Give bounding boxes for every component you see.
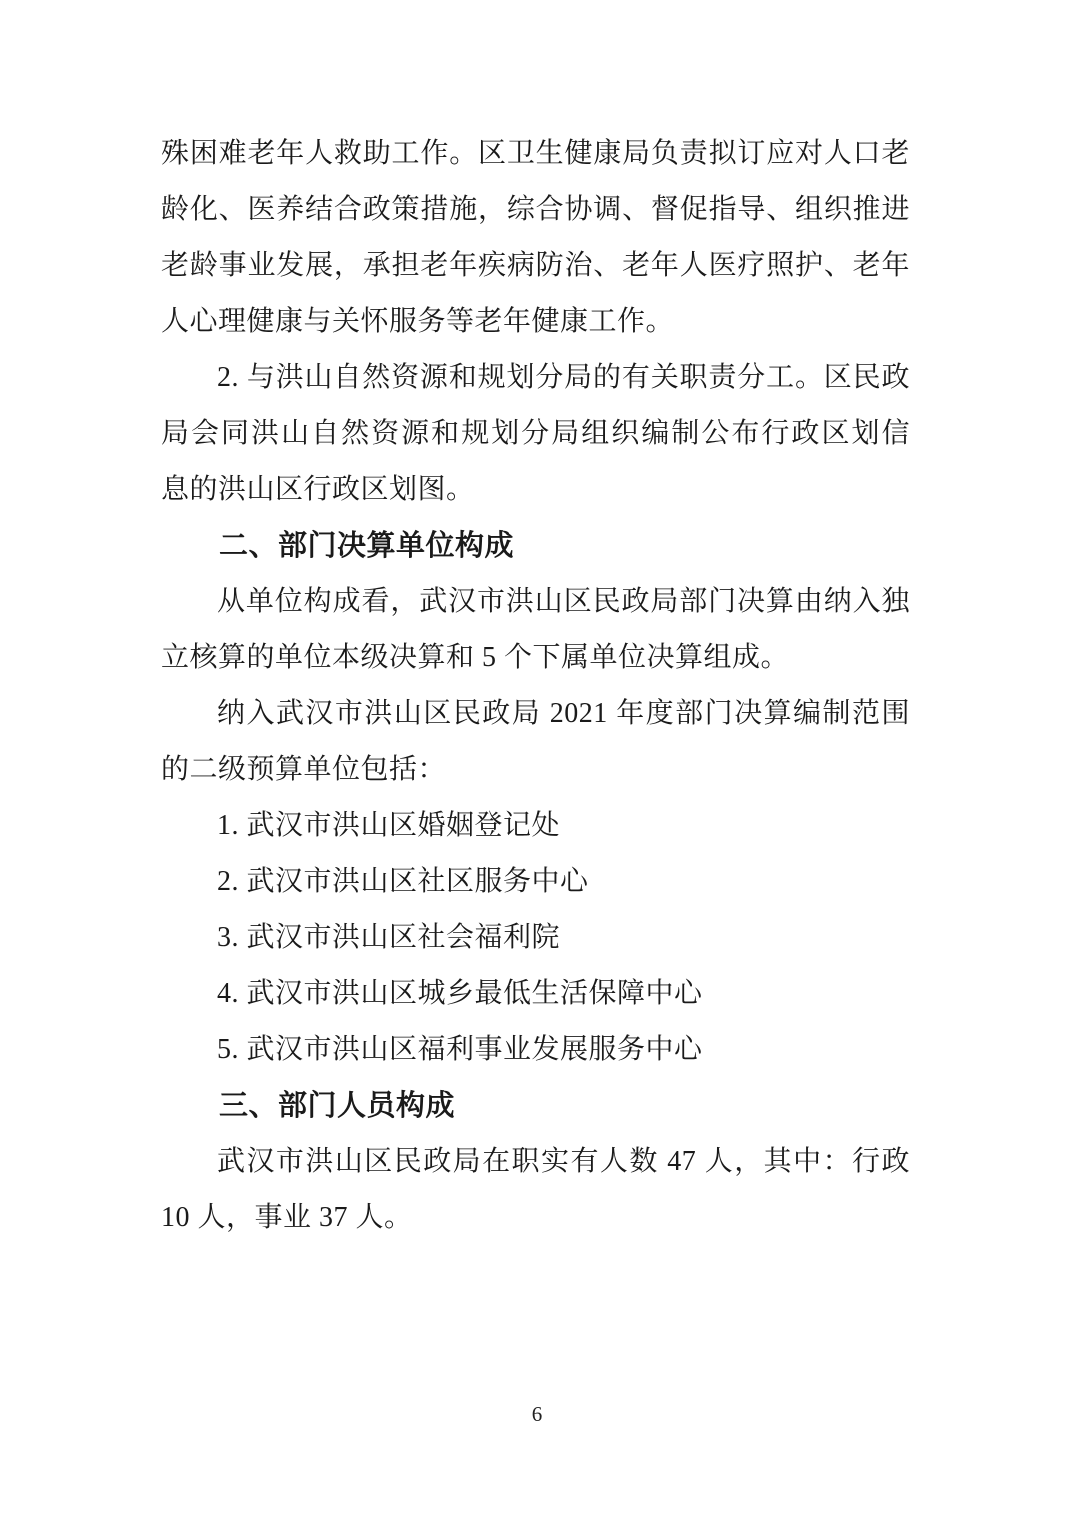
section-heading-3: 三、部门人员构成: [161, 1078, 910, 1134]
document-body: 殊困难老年人救助工作。区卫生健康局负责拟订应对人口老 龄化、医养结合政策措施，综…: [161, 126, 910, 1246]
body-line: 龄化、医养结合政策措施，综合协调、督促指导、组织推进: [161, 182, 910, 238]
list-item-4: 4. 武汉市洪山区城乡最低生活保障中心: [161, 966, 910, 1022]
document-page: 殊困难老年人救助工作。区卫生健康局负责拟订应对人口老 龄化、医养结合政策措施，综…: [0, 0, 1074, 1520]
body-line: 局会同洪山自然资源和规划分局组织编制公布行政区划信: [161, 406, 910, 462]
list-item-1: 1. 武汉市洪山区婚姻登记处: [161, 798, 910, 854]
paragraph-start: 纳入武汉市洪山区民政局 2021 年度部门决算编制范围: [161, 686, 910, 742]
body-line: 老龄事业发展，承担老年疾病防治、老年人医疗照护、老年: [161, 238, 910, 294]
body-line: 息的洪山区行政区划图。: [161, 462, 910, 518]
page-number: 6: [0, 1400, 1074, 1428]
body-line: 立核算的单位本级决算和 5 个下属单位决算组成。: [161, 630, 910, 686]
body-line: 10 人，事业 37 人。: [161, 1190, 910, 1246]
body-line: 的二级预算单位包括：: [161, 742, 910, 798]
paragraph-start: 从单位构成看，武汉市洪山区民政局部门决算由纳入独: [161, 574, 910, 630]
paragraph-start: 武汉市洪山区民政局在职实有人数 47 人，其中：行政: [161, 1134, 910, 1190]
body-line: 殊困难老年人救助工作。区卫生健康局负责拟订应对人口老: [161, 126, 910, 182]
paragraph-start: 2. 与洪山自然资源和规划分局的有关职责分工。区民政: [161, 350, 910, 406]
body-line: 人心理健康与关怀服务等老年健康工作。: [161, 294, 910, 350]
section-heading-2: 二、部门决算单位构成: [161, 518, 910, 574]
list-item-2: 2. 武汉市洪山区社区服务中心: [161, 854, 910, 910]
list-item-3: 3. 武汉市洪山区社会福利院: [161, 910, 910, 966]
list-item-5: 5. 武汉市洪山区福利事业发展服务中心: [161, 1022, 910, 1078]
